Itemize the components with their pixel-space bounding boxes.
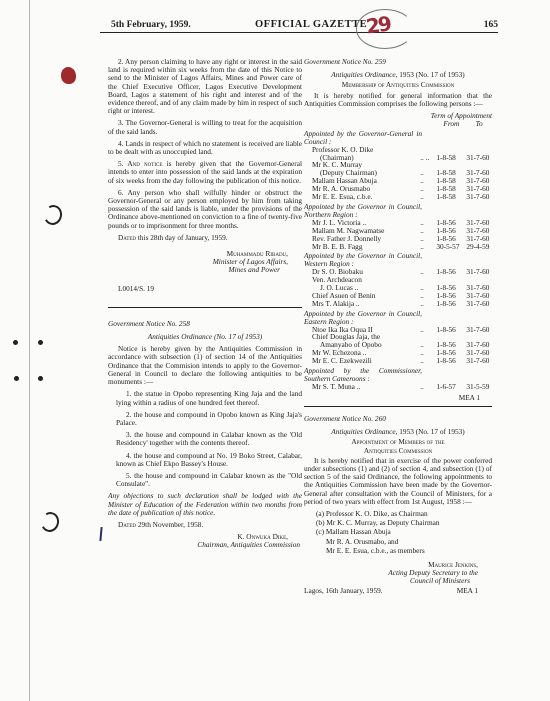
term-from: 1-8-56 bbox=[436, 357, 466, 365]
term-from: 1-8-56 bbox=[436, 326, 466, 334]
signatory-title: Mines and Power bbox=[108, 266, 280, 274]
appointment-item: (c) Mallam Hassan Abuja bbox=[316, 528, 492, 536]
notice-258-heading: Government Notice No. 258 bbox=[108, 320, 302, 328]
table-header-row: Term of Appointment bbox=[304, 112, 492, 120]
dated-line: Dated this 28th day of January, 1959. bbox=[108, 234, 302, 242]
group-row: Appointed by the Governor in Council, We… bbox=[304, 250, 492, 268]
leader-dots: .. bbox=[420, 383, 436, 391]
term-from: 1-6-57 bbox=[436, 383, 466, 391]
term-to: 31-7-60 bbox=[466, 300, 492, 308]
membership-table: Term of AppointmentFromToAppointed by th… bbox=[304, 112, 492, 391]
table-header-row: FromTo bbox=[304, 120, 492, 128]
page-number: 165 bbox=[484, 20, 498, 30]
pen-margin-mark bbox=[99, 527, 102, 541]
paragraph-4: 4. Lands in respect of which no statemen… bbox=[108, 140, 302, 156]
punch-hole-mark-icon bbox=[39, 510, 62, 534]
notice-260-intro: It is hereby notified that in exercise o… bbox=[304, 457, 492, 506]
group-row: Appointed by the Governor in Council, No… bbox=[304, 201, 492, 219]
section-divider bbox=[304, 406, 492, 407]
notice-260-signatory-title: Council of Ministers bbox=[304, 577, 470, 585]
appointing-authority-label: Appointed by the Governor in Council, We… bbox=[304, 250, 492, 268]
objections-note: Any objections to such declaration shall… bbox=[108, 492, 302, 517]
notice-258-dated: Dated 29th November, 1958. bbox=[108, 521, 302, 529]
right-column: Government Notice No. 259 Antiquities Or… bbox=[304, 58, 492, 595]
table-row: Mr E. C. Ezekwezili..1-8-5631-7-60 bbox=[304, 357, 492, 365]
reference-code: L0014/S. 19 bbox=[118, 285, 302, 293]
leader-dots: .. bbox=[420, 268, 436, 276]
term-to: 29-4-59 bbox=[466, 243, 492, 251]
term-to: 31-7-60 bbox=[466, 268, 492, 276]
notice-260-title: Antiquities Commission bbox=[304, 447, 492, 455]
leader-dots: .. bbox=[420, 193, 436, 201]
notice-260-reference: MEA 1 bbox=[457, 587, 478, 595]
member-name: Mr S. T. Muna .. bbox=[304, 383, 420, 391]
table-row: Mr S. T. Muna ....1-6-5731-5-59 bbox=[304, 383, 492, 391]
group-row: Appointed by the Governor in Council, Ea… bbox=[304, 308, 492, 326]
term-from: 30-5-57 bbox=[436, 243, 466, 251]
term-to: 31-7-60 bbox=[466, 357, 492, 365]
table-row: Mr E. E. Esua, c.b.e...1-8-5831-7-60 bbox=[304, 193, 492, 201]
term-to: 31-7-60 bbox=[466, 326, 492, 334]
issue-date: 5th February, 1959. bbox=[111, 20, 191, 30]
page-margin-line bbox=[29, 0, 30, 701]
monument-item: 3. the house and compound in Calabar kno… bbox=[116, 431, 302, 447]
paragraph-3: 3. The Governor-General is willing to tr… bbox=[108, 119, 302, 135]
notice-259-reference: MEA 1 bbox=[304, 394, 480, 402]
term-to: 31-7-60 bbox=[466, 154, 492, 162]
gazette-header: 5th February, 1959. OFFICIAL GAZETTE 165 bbox=[100, 18, 498, 33]
leader-dots: .. bbox=[420, 357, 436, 365]
notice-258-signatory-title: Chairman, Antiquities Commission bbox=[108, 541, 300, 549]
term-from: 1-8-58 bbox=[436, 154, 466, 162]
member-name: Mr B. E. B. Fagg bbox=[304, 243, 420, 251]
term-from: 1-8-58 bbox=[436, 193, 466, 201]
table-row: Mr B. E. B. Fagg..30-5-5729-4-59 bbox=[304, 243, 492, 251]
left-column: 2. Any person claiming to have any right… bbox=[108, 58, 302, 554]
notice-259-subheading: Antiquities Ordinance, 1953 (No. 17 of 1… bbox=[304, 71, 492, 79]
member-name: Mr E. C. Ezekwezili bbox=[304, 357, 420, 365]
to-column-header: To bbox=[466, 120, 492, 128]
monument-item: 2. the house and compound in Opobo known… bbox=[116, 411, 302, 427]
monument-item: 5. the house and compound in Calabar kno… bbox=[116, 472, 302, 488]
appointing-authority-label: Appointed by the Governor in Council, Ea… bbox=[304, 308, 492, 326]
paragraph-2: 2. Any person claiming to have any right… bbox=[108, 58, 302, 115]
term-of-appointment-header: Term of Appointment bbox=[304, 112, 492, 120]
notice-260-subheading: Antiquities Ordinance, 1953 (No. 17 of 1… bbox=[304, 428, 492, 436]
notice-260-footer: Lagos, 16th January, 1959. MEA 1 bbox=[304, 587, 478, 595]
appointing-authority-label: Appointed by the Governor in Council, No… bbox=[304, 201, 492, 219]
term-from: 1-8-56 bbox=[436, 268, 466, 276]
leader-dots: .. .. bbox=[420, 154, 436, 162]
monument-item: 1. the statue in Opobo representing King… bbox=[116, 390, 302, 406]
appointment-item: (a) Professor K. O. Dike, as Chairman bbox=[316, 510, 492, 518]
notice-259-title: Membership of Antiquities Commission bbox=[304, 81, 492, 89]
section-divider bbox=[108, 307, 302, 308]
spacer-cell bbox=[420, 120, 436, 128]
notice-258-intro: Notice is hereby given by the Antiquitie… bbox=[108, 345, 302, 386]
notice-260-heading: Government Notice No. 260 bbox=[304, 415, 492, 423]
handwritten-stamp-number: 29 bbox=[364, 11, 391, 38]
red-ink-spot bbox=[61, 67, 76, 84]
table-row: Mrs T. Alakija ....1-8-5631-7-60 bbox=[304, 300, 492, 308]
from-column-header: From bbox=[436, 120, 466, 128]
paragraph-6: 6. Any person who shall wilfully hinder … bbox=[108, 189, 302, 230]
gazette-title: OFFICIAL GAZETTE bbox=[255, 19, 367, 30]
leader-dots: .. bbox=[420, 243, 436, 251]
notice-258-subheading: Antiquities Ordinance (No. 17 of 1953) bbox=[108, 333, 302, 341]
place-date: Lagos, 16th January, 1959. bbox=[304, 587, 383, 595]
appointment-item: Mr E. E. Esua, c.b.e., as members bbox=[326, 547, 492, 555]
leader-dots: .. bbox=[420, 300, 436, 308]
term-to: 31-5-59 bbox=[466, 383, 492, 391]
appointing-authority-label: Appointed by the Governor-General in Cou… bbox=[304, 128, 492, 146]
notice-259-intro: It is hereby notified for general inform… bbox=[304, 92, 492, 108]
leader-dots: .. bbox=[420, 326, 436, 334]
paragraph-5: 5. And notice is hereby given that the G… bbox=[108, 160, 302, 185]
spacer-cell bbox=[304, 120, 420, 128]
group-row: Appointed by the Commissioner, Southern … bbox=[304, 365, 492, 383]
term-to: 31-7-60 bbox=[466, 193, 492, 201]
group-row: Appointed by the Governor-General in Cou… bbox=[304, 128, 492, 146]
member-name: Mrs T. Alakija .. bbox=[304, 300, 420, 308]
member-name: Mr E. E. Esua, c.b.e. bbox=[304, 193, 420, 201]
appointment-item: Mr R. A. Orusmabo, and bbox=[326, 538, 492, 546]
monument-item: 4. the house and compound at No. 19 Boko… bbox=[116, 452, 302, 468]
term-from: 1-8-56 bbox=[436, 300, 466, 308]
appointing-authority-label: Appointed by the Commissioner, Southern … bbox=[304, 365, 492, 383]
appointment-item: (b) Mr K. C. Murray, as Deputy Chairman bbox=[316, 519, 492, 527]
punch-hole-mark-icon bbox=[42, 203, 65, 227]
notice-259-heading: Government Notice No. 259 bbox=[304, 58, 492, 66]
